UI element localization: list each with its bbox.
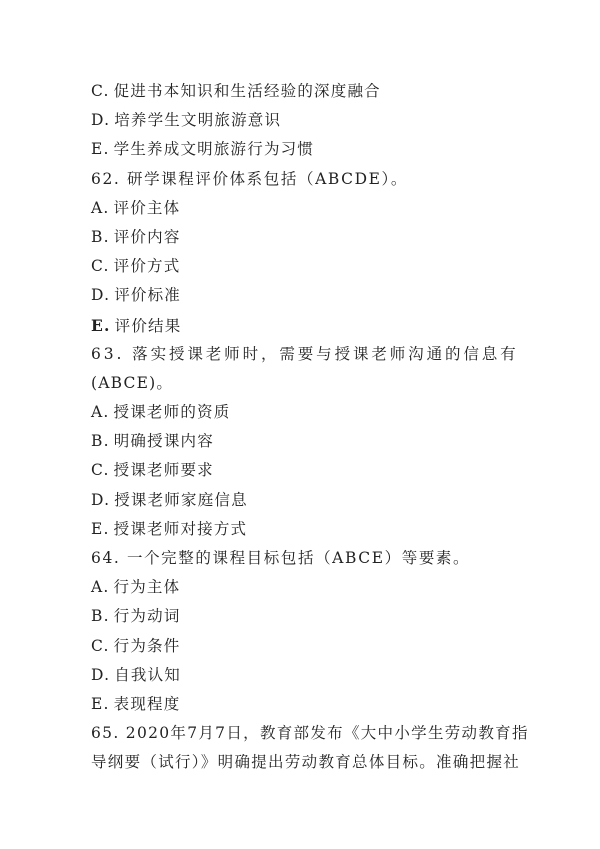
option-letter: A. (91, 194, 110, 223)
option-62-a: A.评价主体 (91, 194, 521, 223)
option-64-e: E.表现程度 (91, 690, 521, 719)
option-63-a: A.授课老师的资质 (91, 398, 521, 427)
option-61-c: C.促进书本知识和生活经验的深度融合 (91, 77, 521, 106)
option-letter: B. (91, 427, 110, 456)
option-letter: E. (91, 311, 111, 340)
option-text: 行为主体 (114, 578, 181, 596)
option-text: 促进书本知识和生活经验的深度融合 (114, 82, 381, 100)
question-64: 64. 一个完整的课程目标包括（ABCE）等要素。 (91, 544, 521, 573)
option-63-c: C.授课老师要求 (91, 456, 521, 485)
option-text: 授课老师家庭信息 (114, 491, 248, 509)
option-63-e: E.授课老师对接方式 (91, 515, 521, 544)
option-64-a: A.行为主体 (91, 573, 521, 602)
option-text: 行为条件 (114, 637, 181, 655)
document-page: C.促进书本知识和生活经验的深度融合 D.培养学生文明旅游意识 E.学生养成文明… (0, 0, 600, 849)
option-text: 评价方式 (114, 257, 181, 275)
question-62: 62. 研学课程评价体系包括（ABCDE）。 (91, 165, 521, 194)
option-text: 评价标准 (114, 286, 181, 304)
option-text: 行为动词 (114, 607, 181, 625)
option-letter: C. (91, 456, 110, 485)
option-64-d: D.自我认知 (91, 661, 521, 690)
option-text: 授课老师的资质 (114, 403, 231, 421)
option-letter: D. (91, 486, 110, 515)
option-text: 评价主体 (114, 199, 181, 217)
option-64-b: B.行为动词 (91, 602, 521, 631)
document-body: C.促进书本知识和生活经验的深度融合 D.培养学生文明旅游意识 E.学生养成文明… (91, 77, 521, 778)
option-letter: E. (91, 690, 110, 719)
option-text: 授课老师要求 (114, 461, 214, 479)
option-letter: D. (91, 661, 110, 690)
option-letter: D. (91, 281, 110, 310)
option-63-b: B.明确授课内容 (91, 427, 521, 456)
option-letter: C. (91, 632, 110, 661)
option-letter: C. (91, 77, 110, 106)
question-65-continued: 导纲要（试行）》明确提出劳动教育总体目标。准确把握社 (91, 748, 521, 777)
option-text: 表现程度 (114, 695, 181, 713)
option-text: 评价内容 (114, 228, 181, 246)
question-65: 65. 2020年7月7日，教育部发布《大中小学生劳动教育指 (91, 719, 521, 748)
option-letter: B. (91, 602, 110, 631)
option-text: 学生养成文明旅游行为习惯 (114, 140, 314, 158)
option-62-c: C.评价方式 (91, 252, 521, 281)
option-letter: E. (91, 135, 110, 164)
option-64-c: C.行为条件 (91, 632, 521, 661)
option-62-d: D.评价标准 (91, 281, 521, 310)
option-letter: D. (91, 106, 110, 135)
option-letter: E. (91, 515, 110, 544)
option-text: 明确授课内容 (114, 432, 214, 450)
option-61-e: E.学生养成文明旅游行为习惯 (91, 135, 521, 164)
question-63-continued: (ABCE)。 (91, 369, 521, 398)
option-text: 评价结果 (115, 317, 182, 335)
option-63-d: D.授课老师家庭信息 (91, 486, 521, 515)
option-letter: A. (91, 573, 110, 602)
option-62-e: E.评价结果 (91, 311, 521, 340)
option-letter: B. (91, 223, 110, 252)
option-letter: C. (91, 252, 110, 281)
option-text: 培养学生文明旅游意识 (114, 111, 281, 129)
option-letter: A. (91, 398, 110, 427)
option-62-b: B.评价内容 (91, 223, 521, 252)
option-61-d: D.培养学生文明旅游意识 (91, 106, 521, 135)
question-63: 63. 落实授课老师时，需要与授课老师沟通的信息有 (91, 340, 521, 369)
option-text: 自我认知 (114, 666, 181, 684)
option-text: 授课老师对接方式 (114, 520, 248, 538)
